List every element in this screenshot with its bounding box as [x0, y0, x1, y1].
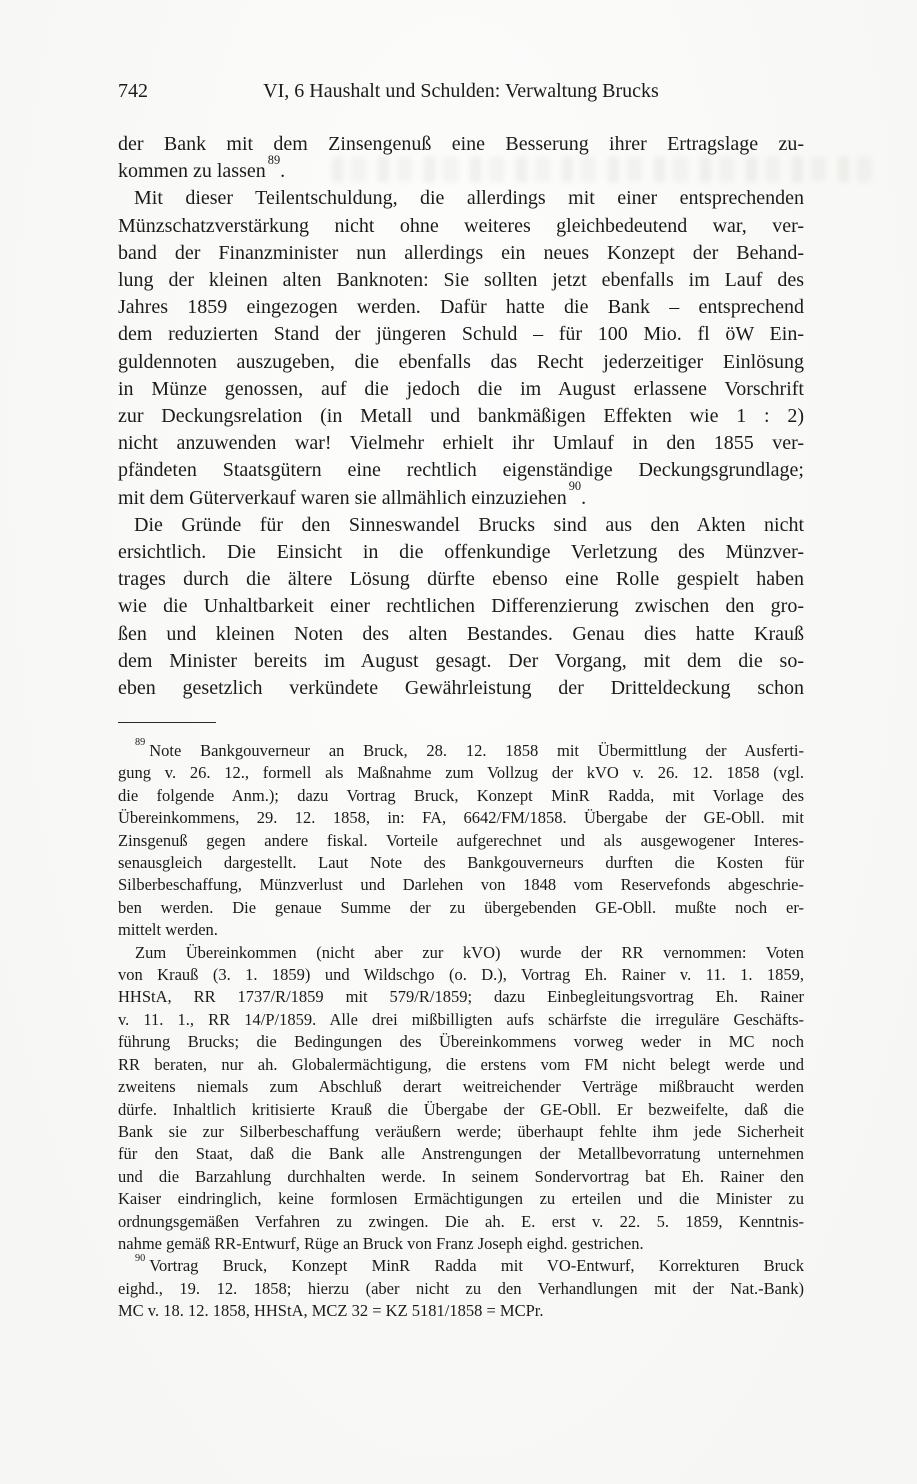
footnote-line: gung v. 26. 12., formell als Maßnahme zu…	[118, 762, 804, 784]
footnote-line: von Krauß (3. 1. 1859) und Wildschgo (o.…	[118, 964, 804, 986]
footnote-89: 89Note Bankgouverneur an Bruck, 28. 12. …	[118, 740, 804, 942]
footnote-ref-90: 90	[569, 479, 581, 493]
paragraph: der Bank mit dem Zinsengenuß eine Besser…	[118, 131, 804, 185]
footnote-89-continued: Zum Übereinkommen (nicht aber zur kVO) w…	[118, 942, 804, 1256]
footnote-line: v. 11. 1., RR 14/P/1859. Alle drei mißbi…	[118, 1009, 804, 1031]
text-line: Mit dieser Teilentschuldung, die allerdi…	[118, 185, 804, 212]
footnote-line: zweitens niemals zum Abschluß derart wei…	[118, 1076, 804, 1098]
text-line: ßen und kleinen Noten des alten Bestande…	[118, 621, 804, 648]
text-line: band der Finanzminister nun allerdings e…	[118, 240, 804, 267]
footnote-line: MC v. 18. 12. 1858, HHStA, MCZ 32 = KZ 5…	[118, 1300, 804, 1322]
footnote-line: RR beraten, nur ah. Globalermächtigung, …	[118, 1054, 804, 1076]
text-line: mit dem Güterverkauf waren sie allmählic…	[118, 485, 804, 512]
text-line: ersichtlich. Die Einsicht in die offenku…	[118, 539, 804, 566]
running-title: VI, 6 Haushalt und Schulden: Verwaltung …	[118, 80, 804, 103]
text-line: in Münze genossen, auf die jedoch die im…	[118, 376, 804, 403]
body-text: der Bank mit dem Zinsengenuß eine Besser…	[118, 131, 804, 702]
footnote-line: und die Barzahlung durchhalten werde. In…	[118, 1166, 804, 1188]
footnote-line: für den Staat, daß die Bank alle Anstren…	[118, 1143, 804, 1165]
text-line: dem Minister bereits im August gesagt. D…	[118, 648, 804, 675]
footnote-line: nahme gemäß RR-Entwurf, Rüge an Bruck vo…	[118, 1233, 804, 1255]
footnote-line: Zum Übereinkommen (nicht aber zur kVO) w…	[118, 942, 804, 964]
footnote-marker-89: 89	[135, 737, 145, 748]
text-line: Die Gründe für den Sinneswandel Brucks s…	[118, 512, 804, 539]
text-line: kommen zu lassen89.	[118, 158, 804, 185]
footnote-line: Silberbeschaffung, Münzverlust und Darle…	[118, 874, 804, 896]
footnote-line: senausgleich dargestellt. Laut Note des …	[118, 852, 804, 874]
paragraph: Die Gründe für den Sinneswandel Brucks s…	[118, 512, 804, 702]
footnote-marker-90: 90	[135, 1253, 145, 1264]
footnote-line: ben werden. Die genaue Summe der zu über…	[118, 897, 804, 919]
footnotes: 89Note Bankgouverneur an Bruck, 28. 12. …	[118, 740, 804, 1323]
text-line: nicht anzuwenden war! Vielmehr erhielt i…	[118, 430, 804, 457]
paragraph: Mit dieser Teilentschuldung, die allerdi…	[118, 185, 804, 511]
text-line: Jahres 1859 eingezogen werden. Dafür hat…	[118, 294, 804, 321]
text-line: zur Deckungsrelation (in Metall und bank…	[118, 403, 804, 430]
footnote-line: HHStA, RR 1737/R/1859 mit 579/R/1859; da…	[118, 986, 804, 1008]
footnote-line: Übereinkommens, 29. 12. 1858, in: FA, 66…	[118, 807, 804, 829]
text-line: Münzschatzverstärkung nicht ohne weitere…	[118, 213, 804, 240]
text-line: lung der kleinen alten Banknoten: Sie so…	[118, 267, 804, 294]
text-line: trages durch die ältere Lösung dürfte eb…	[118, 566, 804, 593]
footnote-line: Bank sie zur Silberbeschaffung veräußern…	[118, 1121, 804, 1143]
footnote-line: mittelt werden.	[118, 919, 804, 941]
book-page: 742 VI, 6 Haushalt und Schulden: Verwalt…	[0, 0, 917, 1484]
footnote-line: die folgende Anm.); dazu Vortrag Bruck, …	[118, 785, 804, 807]
text-line: eben gesetzlich verkündete Gewährleistun…	[118, 675, 804, 702]
text-line: der Bank mit dem Zinsengenuß eine Besser…	[118, 131, 804, 158]
footnote-line: 90Vortrag Bruck, Konzept MinR Radda mit …	[118, 1255, 804, 1277]
footnote-90: 90Vortrag Bruck, Konzept MinR Radda mit …	[118, 1255, 804, 1322]
text-line: wie die Unhaltbarkeit einer rechtlichen …	[118, 593, 804, 620]
text-line: dem reduzierten Stand der jüngeren Schul…	[118, 321, 804, 348]
footnote-separator	[118, 722, 216, 723]
footnote-line: dürfe. Inhaltlich kritisierte Krauß die …	[118, 1099, 804, 1121]
footnote-line: Kaiser eindringlich, keine formlosen Erm…	[118, 1188, 804, 1210]
footnote-line: führung Brucks; die Bedingungen des Über…	[118, 1031, 804, 1053]
footnote-line: eighd., 19. 12. 1858; hierzu (aber nicht…	[118, 1278, 804, 1300]
footnote-line: Zinsgenuß gegen andere fiskal. Vorteile …	[118, 830, 804, 852]
footnote-ref-89: 89	[268, 153, 280, 167]
text-line: pfändeten Staatsgütern eine rechtlich ei…	[118, 457, 804, 484]
footnote-line: 89Note Bankgouverneur an Bruck, 28. 12. …	[118, 740, 804, 762]
footnote-line: ordnungsgemäßen Verfahren zu zwingen. Di…	[118, 1211, 804, 1233]
text-line: guldennoten auszugeben, die ebenfalls da…	[118, 349, 804, 376]
